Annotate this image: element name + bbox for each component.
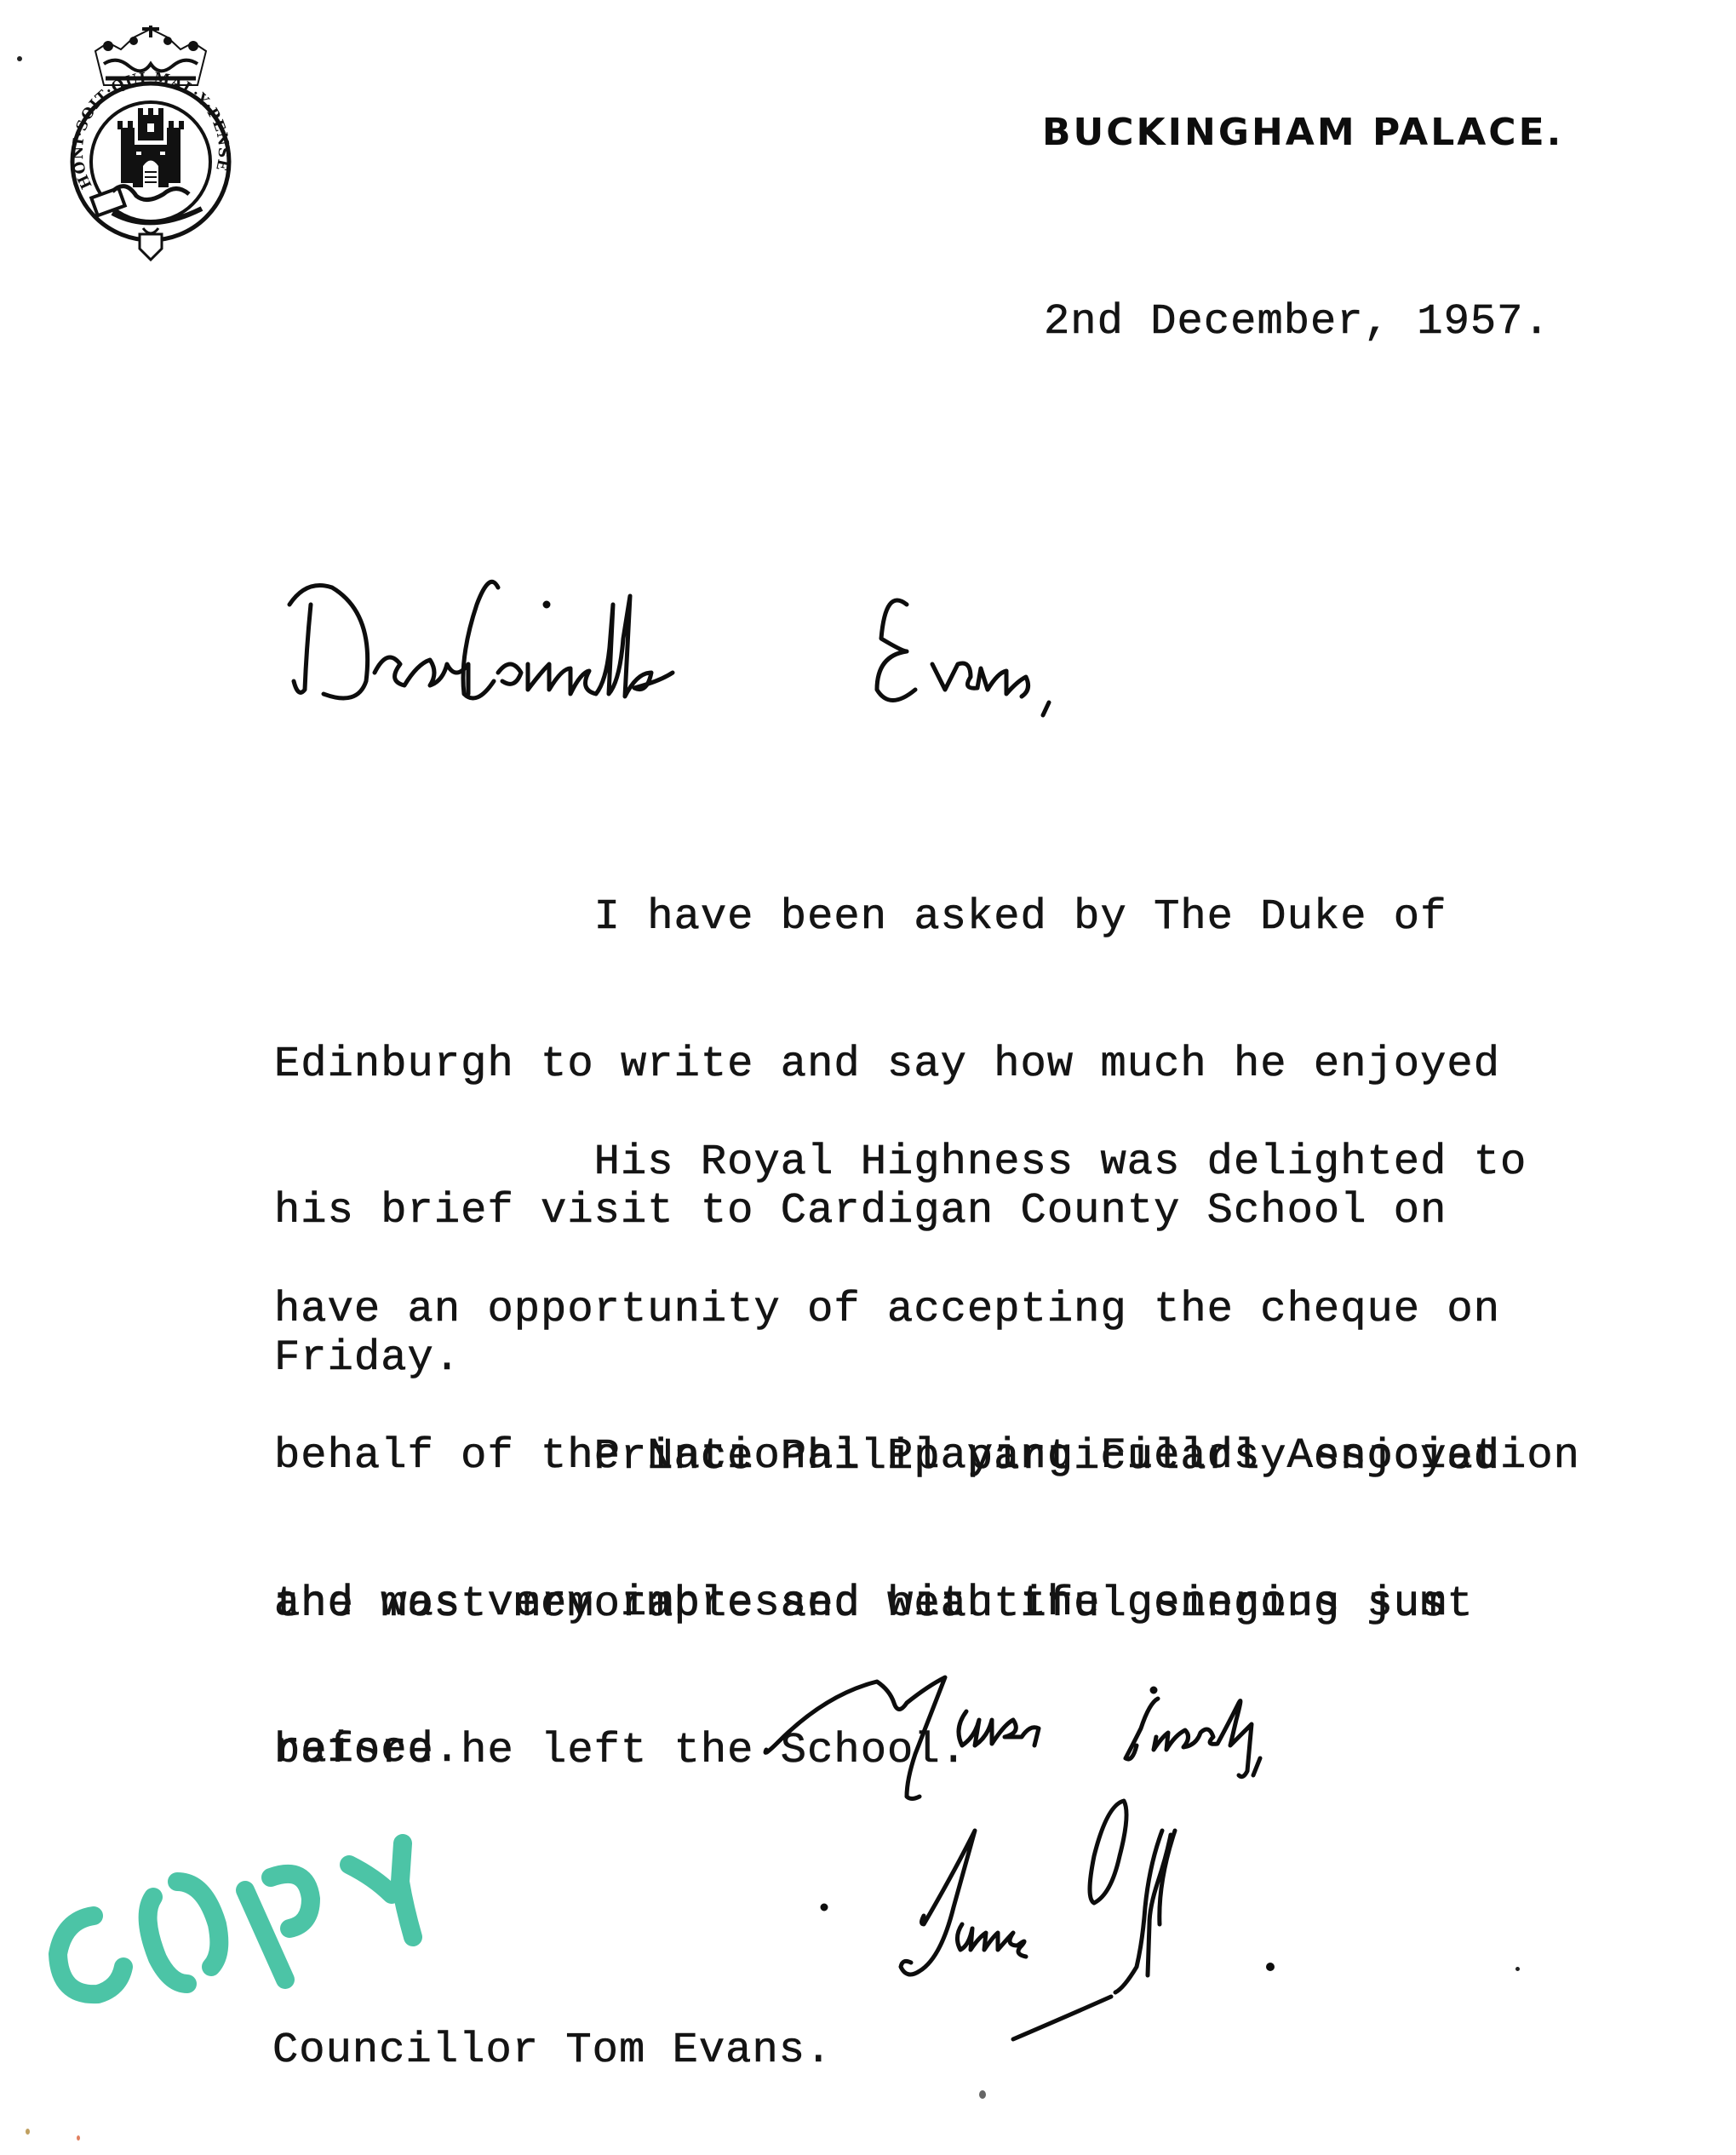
copy-stamp: COPY [34, 1814, 443, 2009]
royal-crest-icon: HONI·SOIT·QUI·MAL·Y·PENSE [61, 26, 240, 264]
paragraph-line: Prince Philip particularly enjoyed [274, 1433, 1500, 1482]
paper-speck [77, 2135, 80, 2141]
letterhead-address: BUCKINGHAM PALACE. [1042, 111, 1563, 154]
handwritten-salutation: Dear Councillor Evans, [272, 553, 1345, 741]
paper-speck [979, 2090, 986, 2099]
salutation-script-icon [272, 553, 1345, 741]
signature-icon [749, 1652, 1533, 2052]
letter-date: 2nd December, 1957. [1044, 298, 1550, 347]
paragraph-line: His Royal Highness was delighted to [274, 1138, 1580, 1188]
paper-speck [17, 56, 22, 61]
paragraph-line: the most memorable and beautiful singing… [274, 1580, 1500, 1630]
handwritten-closing: Yours Sincerely, James Orr [749, 1652, 1533, 2052]
copy-stamp-icon [34, 1814, 443, 2009]
paper-speck [26, 2129, 30, 2135]
letter-page: HONI·SOIT·QUI·MAL·Y·PENSE [0, 0, 1736, 2155]
recipient-line: Councillor Tom Evans. [272, 2026, 832, 2075]
paper-speck [1515, 1967, 1520, 1971]
paragraph-line: have an opportunity of accepting the che… [274, 1286, 1580, 1335]
paragraph-line: I have been asked by The Duke of [274, 893, 1500, 943]
